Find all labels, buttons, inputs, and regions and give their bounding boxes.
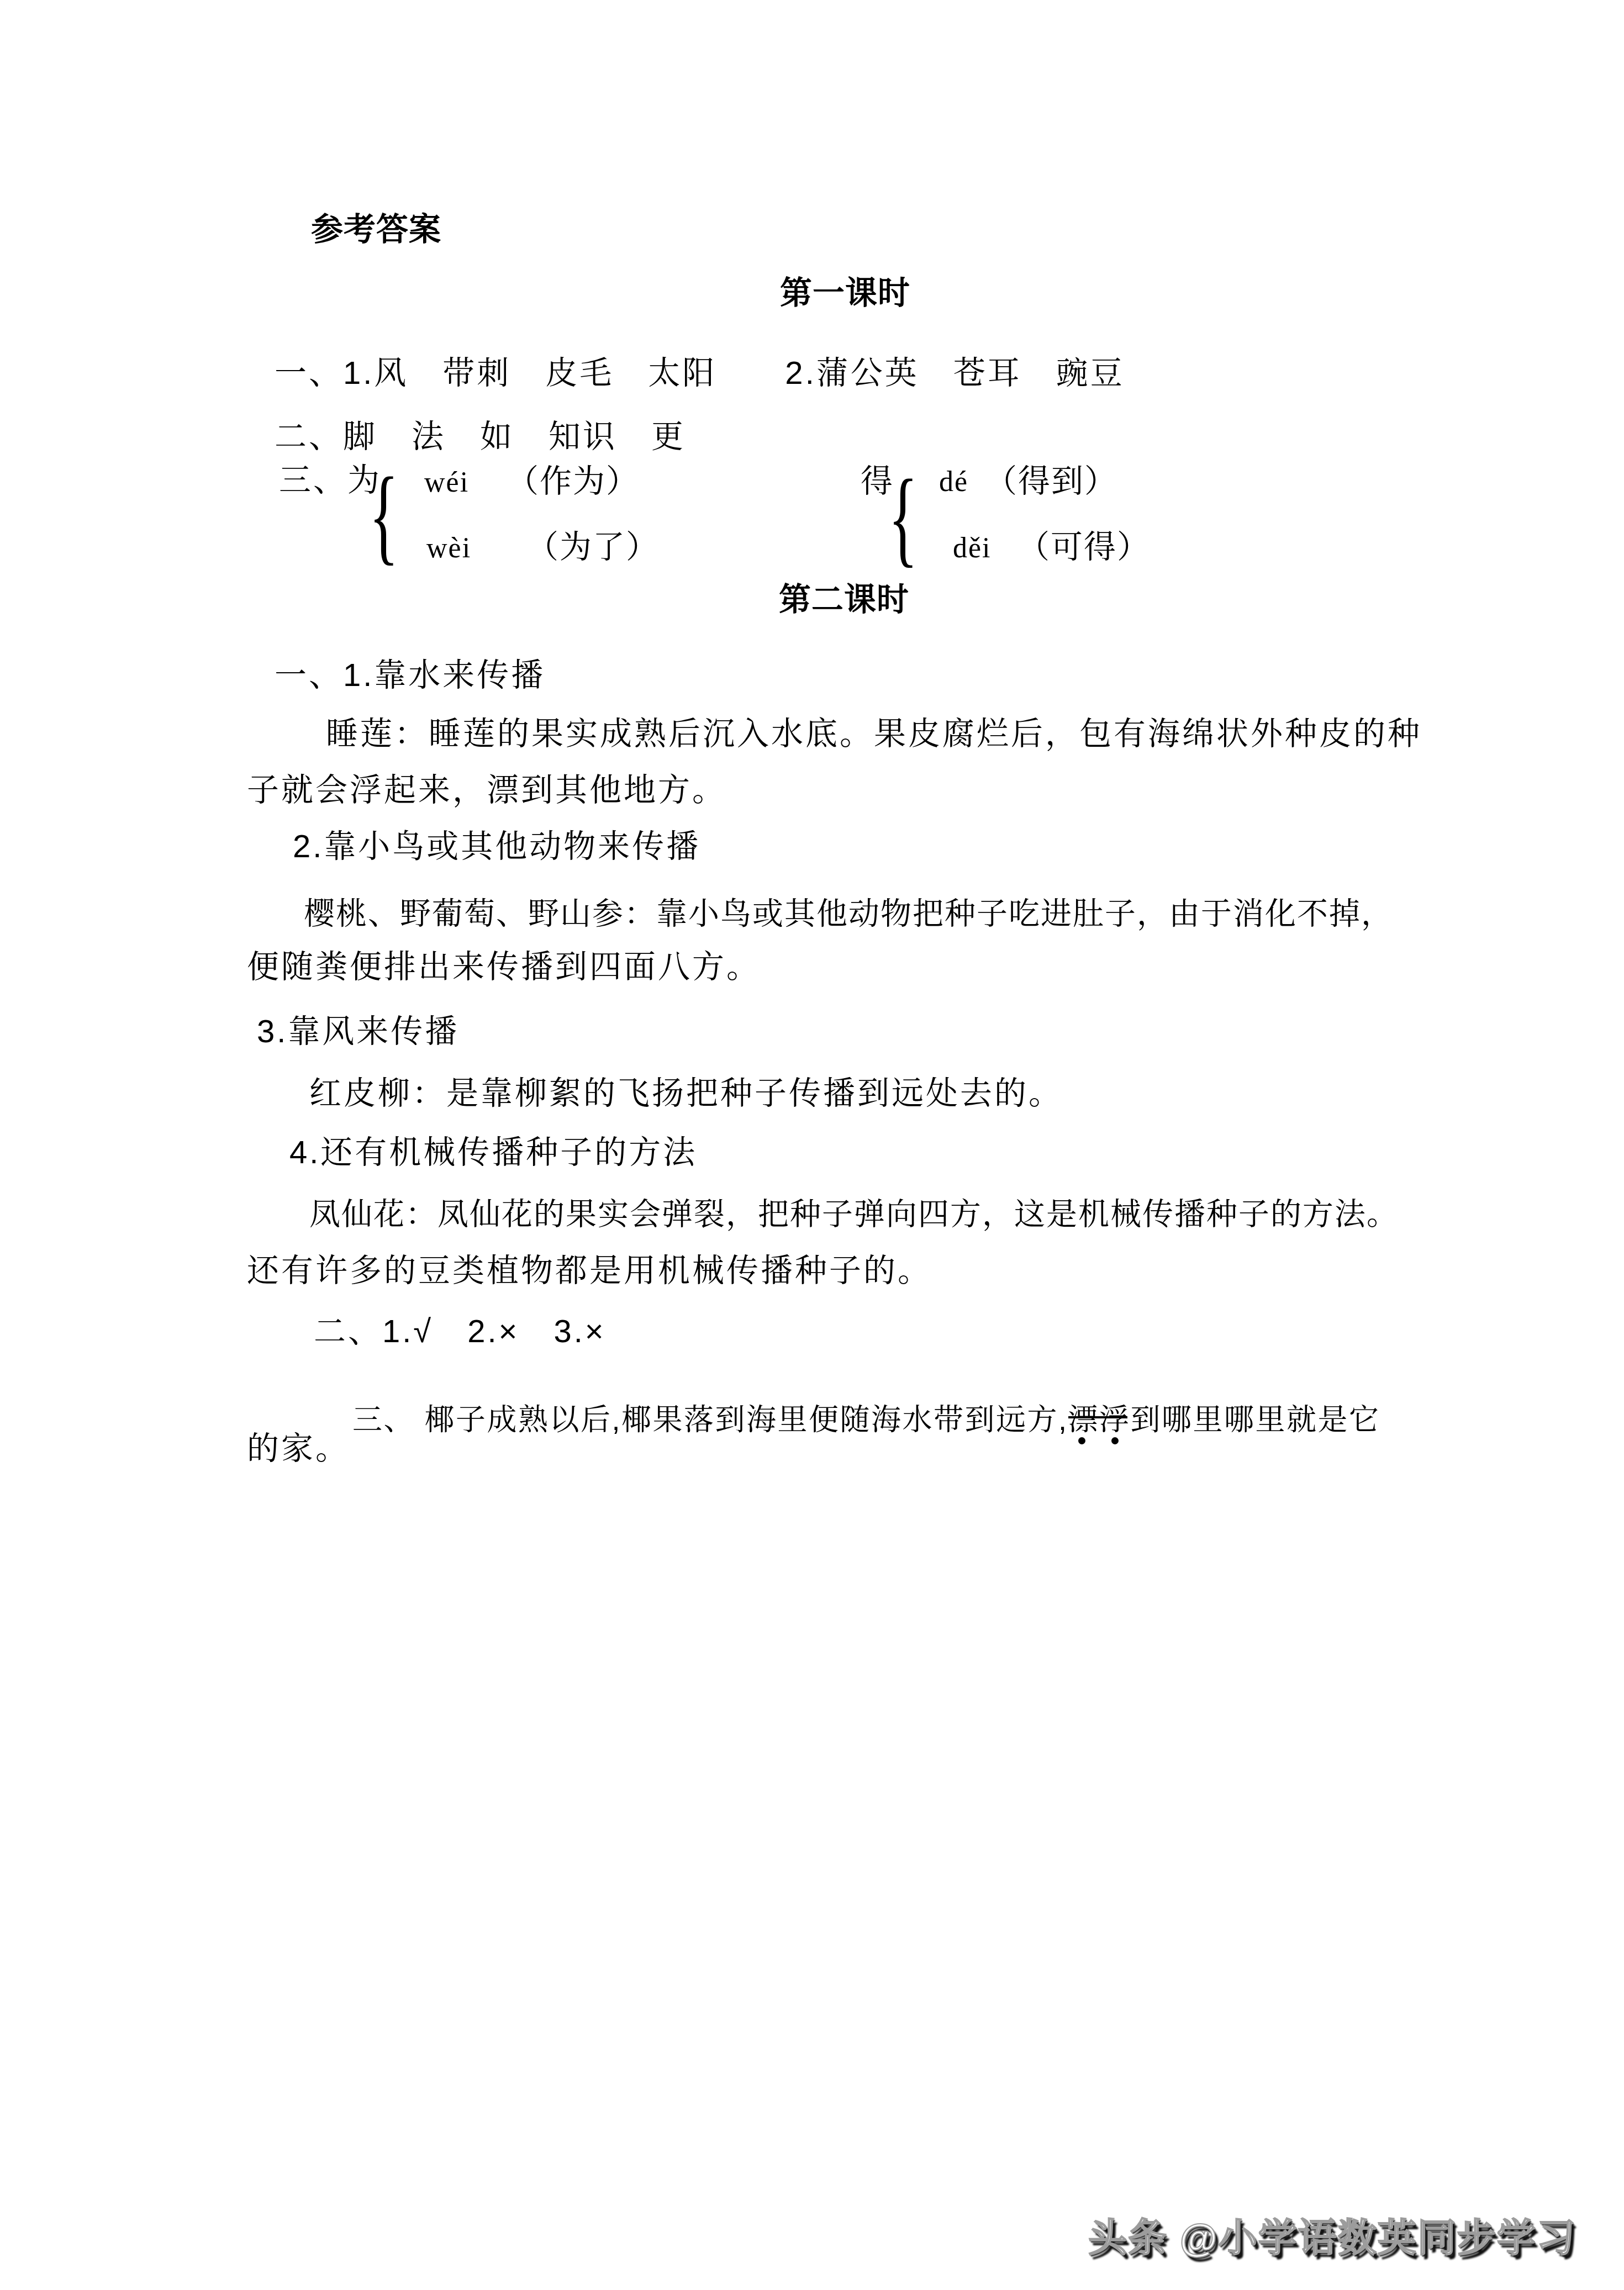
- session2-q1-method4-line2: 还有许多的豆类植物都是用机械传播种子的。: [247, 1253, 932, 1290]
- session2-q1-method2-title: 2.靠小鸟或其他动物来传播: [293, 829, 700, 866]
- pinyin-wei4: wèi: [426, 532, 471, 564]
- session2-q1-method4-title: 4.还有机械传播种子的方法: [289, 1135, 697, 1172]
- session2-q1-method3-line1: 红皮柳：是靠柳絮的飞扬把种子传播到远处去的。: [309, 1075, 1063, 1112]
- brace-left-wei: {: [369, 461, 399, 569]
- session2-q3-answer-line2: 的家。: [247, 1431, 350, 1468]
- pinyin-de2: dé: [939, 466, 968, 498]
- pinyin-dei3: děi: [953, 532, 992, 564]
- page-title: 参考答案: [311, 212, 441, 249]
- session2-q1-method2-line1: 樱桃、野葡萄、野山参：靠小鸟或其他动物把种子吃进肚子，由于消化不掉，: [304, 896, 1393, 931]
- q3-text-after: 到哪里哪里就是它: [1131, 1403, 1380, 1437]
- session2-q1-method3-title: 3.靠风来传播: [257, 1014, 459, 1051]
- q3-text-emphasized: 漂浮: [1068, 1403, 1131, 1437]
- definition-wei2: （作为）: [507, 464, 639, 499]
- session2-q1-method4-line1: 凤仙花：凤仙花的果实会弹裂，把种子弹向四方，这是机械传播种子的方法。: [309, 1196, 1399, 1232]
- session2-q1-method1-title: 一、1.靠水来传播: [275, 657, 545, 694]
- session1-answer-1: 一、1.风 带刺 皮毛 太阳 2.蒲公英 苍耳 豌豆: [275, 355, 1125, 392]
- brace-left-de: {: [888, 463, 918, 572]
- polyphone-stem-wei: 三、为: [279, 463, 382, 498]
- session2-heading: 第二课时: [779, 582, 909, 619]
- definition-de2: （得到）: [985, 464, 1117, 499]
- definition-wei4: （为了）: [526, 530, 659, 565]
- session1-answer-2: 二、脚 法 如 知识 更: [275, 419, 686, 456]
- toutiao-watermark: 头条 @小学语数英同步学习: [1088, 2207, 1576, 2263]
- session2-q2-true-false-answers: 二、1.√ 2.× 3.×: [314, 1313, 606, 1350]
- session1-heading: 第一课时: [780, 275, 910, 312]
- definition-dei3: （可得）: [1017, 530, 1150, 565]
- session2-q1-method2-line2: 便随粪便排出来传播到四面八方。: [247, 949, 761, 986]
- session1-answer-3-polyphone-group: 三、为 { wéi （作为） wèi （为了） 得 { dé （得到） děi …: [279, 458, 1218, 591]
- session2-q3-answer-line1: 三、 椰子成熟以后,椰果落到海里便随海水带到远方,漂浮到哪里哪里就是它: [314, 1369, 1380, 1471]
- emphasized-word: 漂浮: [1068, 1403, 1131, 1437]
- pinyin-wei2: wéi: [424, 467, 469, 498]
- q3-text-before: 三、 椰子成熟以后,椰果落到海里便随海水带到远方,: [352, 1403, 1068, 1437]
- session2-q1-method1-line1: 睡莲：睡莲的果实成熟后沉入水底。果皮腐烂后，包有海绵状外种皮的种: [326, 716, 1422, 753]
- answer-sheet-page: 参考答案 第一课时 一、1.风 带刺 皮毛 太阳 2.蒲公英 苍耳 豌豆 二、脚…: [0, 0, 1624, 2290]
- session2-q1-method1-line2: 子就会浮起来，漂到其他地方。: [247, 772, 726, 809]
